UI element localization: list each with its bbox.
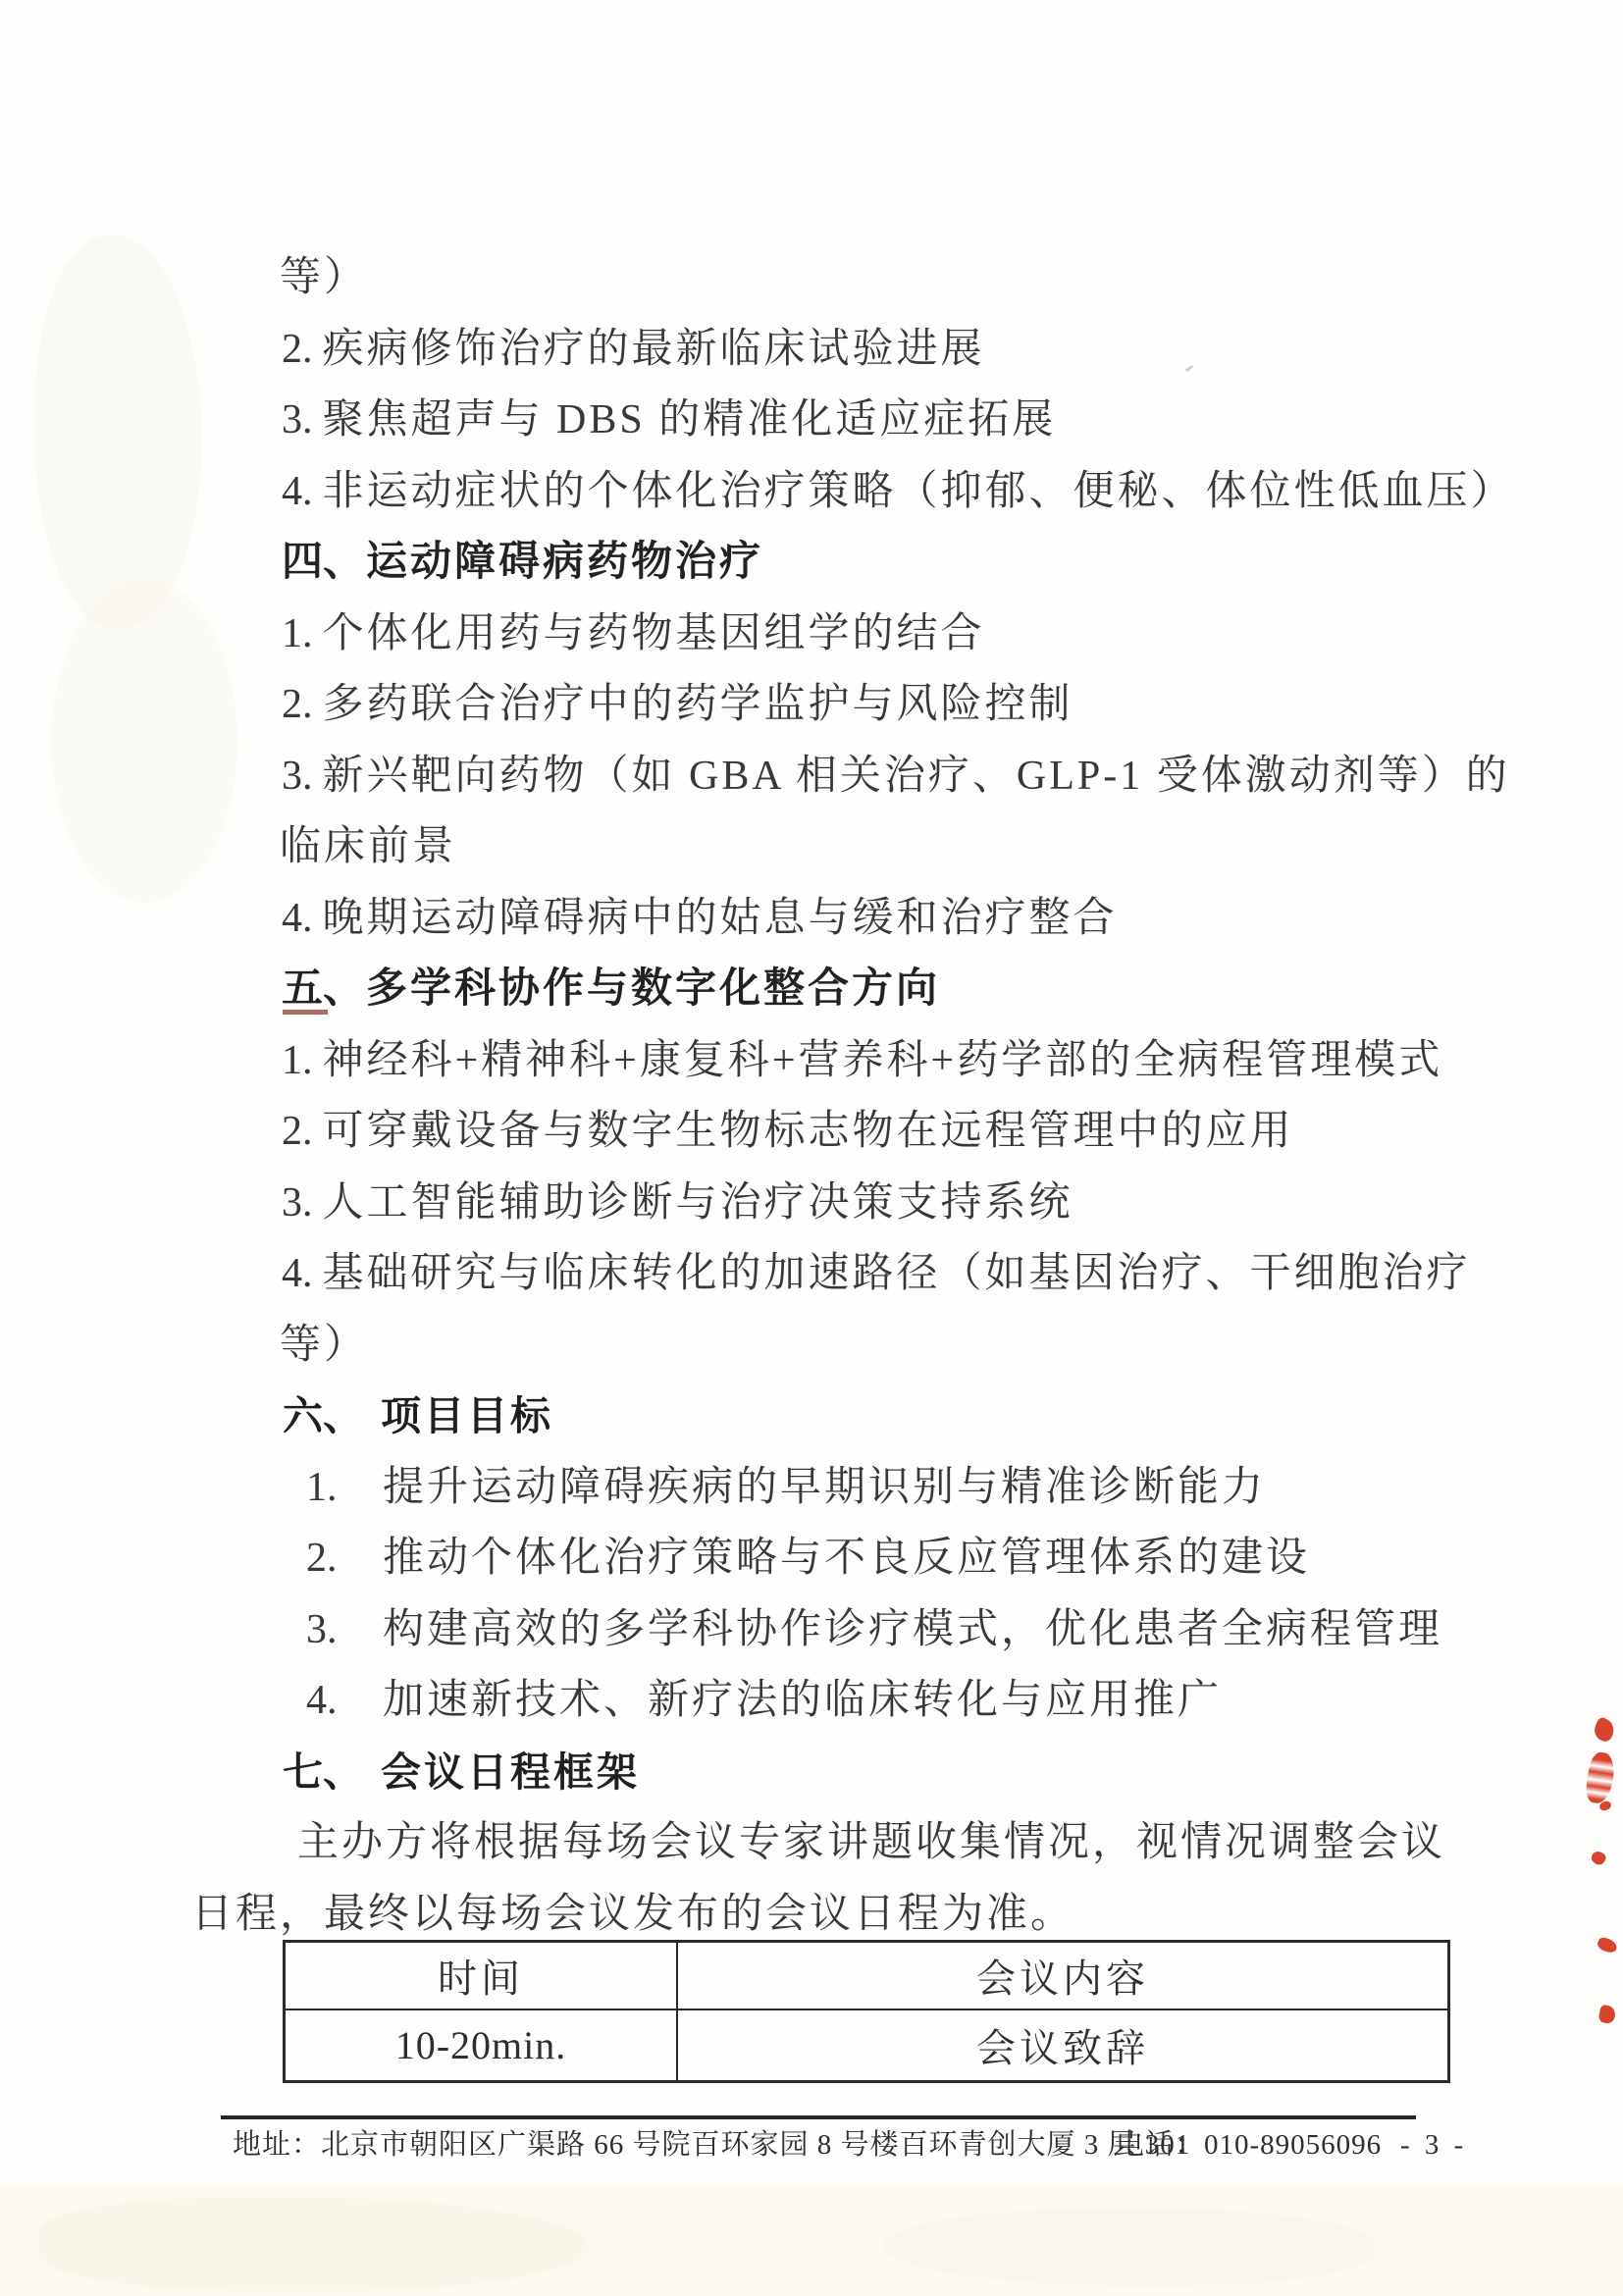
- item-number: 4.: [282, 1251, 313, 1296]
- item-number: 4.: [282, 469, 313, 514]
- list-item: 1.神经科+精神科+康复科+营养科+药学部的全病程管理模式: [282, 1039, 1442, 1082]
- red-stamp-fragment: [1598, 2005, 1617, 2025]
- item-number: 1.: [306, 1466, 383, 1509]
- scanned-document-page: 等） 2.疾病修饰治疗的最新临床试验进展 3.聚焦超声与 DBS 的精准化适应症…: [0, 0, 1623, 2296]
- red-stamp-fragment: [1590, 1849, 1608, 1867]
- footer-divider-line: [221, 2115, 1416, 2119]
- scan-scratch-mark: [1185, 365, 1193, 372]
- list-item: 4.基础研究与临床转化的加速路径（如基因治疗、干细胞治疗: [282, 1252, 1471, 1295]
- paragraph-text: 主办方将根据每场会议专家讲题收集情况，视情况调整会议: [297, 1820, 1445, 1865]
- item-text: 聚焦超声与 DBS 的精准化适应症拓展: [323, 397, 1057, 443]
- item-text: 神经科+精神科+康复科+营养科+药学部的全病程管理模式: [323, 1038, 1443, 1083]
- red-stamp-fragment: [1585, 1750, 1617, 1804]
- goal-item: 4.加速新技术、新疗法的临床转化与应用推广: [306, 1679, 1222, 1722]
- section-heading-5: 五、多学科协作与数字化整合方向: [282, 967, 940, 1011]
- list-item: 4.晚期运动障碍病中的姑息与缓和治疗整合: [282, 897, 1118, 940]
- red-stamp-fragment: [1598, 1800, 1612, 1812]
- paragraph-text: 日程，最终以每场会议发布的会议日程为准。: [191, 1892, 1074, 1937]
- list-item: 4.非运动症状的个体化治疗策略（抑郁、便秘、体位性低血压）: [282, 470, 1515, 513]
- item-number: 1.: [282, 611, 313, 656]
- scan-cream-edge: [0, 2186, 1623, 2296]
- heading-number: 五、: [282, 966, 364, 1012]
- red-stamp-fragment: [1591, 1716, 1617, 1744]
- item-text: 多药联合治疗中的药学监护与风险控制: [323, 682, 1073, 727]
- item-text: 可穿戴设备与数字生物标志物在远程管理中的应用: [323, 1109, 1294, 1154]
- heading-number: 七、: [283, 1749, 363, 1795]
- list-item: 2.多药联合治疗中的药学监护与风险控制: [282, 683, 1073, 726]
- goal-item: 1.提升运动障碍疾病的早期识别与精准诊断能力: [306, 1466, 1266, 1509]
- table-cell-time: 10-20min.: [286, 2010, 678, 2080]
- item-text: 提升运动障碍疾病的早期识别与精准诊断能力: [383, 1465, 1266, 1510]
- table-cell-content: 会议致辞: [678, 2010, 1447, 2080]
- item-text: 晚期运动障碍病中的姑息与缓和治疗整合: [323, 896, 1118, 941]
- list-item: 3.人工智能辅助诊断与治疗决策支持系统: [282, 1181, 1073, 1225]
- list-item: 3.新兴靶向药物（如 GBA 相关治疗、GLP-1 受体激动剂等）的: [282, 755, 1510, 798]
- item-text: 推动个体化治疗策略与不良反应管理体系的建设: [383, 1536, 1310, 1581]
- item-text: 个体化用药与药物基因组学的结合: [323, 611, 985, 656]
- item-number: 3.: [282, 397, 313, 443]
- item-text: 疾病修饰治疗的最新临床试验进展: [323, 327, 985, 372]
- list-item: 3.聚焦超声与 DBS 的精准化适应症拓展: [282, 398, 1056, 442]
- item-number: 2.: [282, 327, 313, 372]
- item-text: 等）: [280, 1323, 368, 1368]
- item-text: 人工智能辅助诊断与治疗决策支持系统: [323, 1180, 1073, 1226]
- footer-address: 地址：北京市朝阳区广渠路 66 号院百环家园 8 号楼百环青创大厦 3 层 30…: [233, 2129, 1190, 2161]
- item-number: 3.: [306, 1608, 383, 1651]
- list-item-continuation: 等）: [280, 256, 368, 299]
- item-number: 4.: [282, 896, 313, 941]
- footer-phone: 电话：010-89056096: [1116, 2129, 1382, 2161]
- item-number: 1.: [282, 1038, 313, 1083]
- scan-cream-blotch: [35, 235, 202, 628]
- item-text: 加速新技术、新疗法的临床转化与应用推广: [383, 1678, 1222, 1723]
- goal-item: 2.推动个体化治疗策略与不良反应管理体系的建设: [306, 1537, 1310, 1580]
- table-header-content: 会议内容: [678, 1943, 1447, 2010]
- page-number: - 3 -: [1400, 2129, 1467, 2161]
- heading-number: 六、: [283, 1393, 363, 1438]
- item-text: 新兴靶向药物（如 GBA 相关治疗、GLP-1 受体激动剂等）的: [323, 754, 1510, 799]
- item-text: 临床前景: [280, 824, 456, 869]
- section-heading-4: 四、运动障碍病药物治疗: [282, 541, 763, 584]
- agenda-table: 时间 会议内容 10-20min. 会议致辞: [283, 1940, 1450, 2083]
- red-pen-underline: [283, 1010, 328, 1015]
- item-text: 构建高效的多学科协作诊疗模式，优化患者全病程管理: [383, 1607, 1442, 1652]
- list-item-continuation: 等）: [280, 1324, 368, 1367]
- paragraph-line: 日程，最终以每场会议发布的会议日程为准。: [191, 1893, 1074, 1936]
- heading-text: 项目目标: [381, 1393, 553, 1438]
- item-number: 4.: [306, 1679, 383, 1722]
- list-item: 1.个体化用药与药物基因组学的结合: [282, 612, 985, 655]
- paragraph-line: 主办方将根据每场会议专家讲题收集情况，视情况调整会议: [297, 1821, 1445, 1864]
- item-number: 3.: [282, 1180, 313, 1226]
- section-heading-7: 七、会议日程框架: [283, 1750, 640, 1794]
- item-text: 等）: [280, 255, 368, 300]
- section-heading-6: 六、项目目标: [283, 1394, 553, 1437]
- item-number: 2.: [306, 1537, 383, 1580]
- heading-text: 运动障碍病药物治疗: [366, 540, 763, 585]
- item-number: 2.: [282, 1109, 313, 1154]
- item-number: 3.: [282, 754, 313, 799]
- heading-text: 会议日程框架: [381, 1749, 640, 1795]
- scan-cream-blotch: [883, 2208, 1374, 2286]
- goal-item: 3.构建高效的多学科协作诊疗模式，优化患者全病程管理: [306, 1608, 1442, 1651]
- list-item-continuation: 临床前景: [280, 825, 456, 868]
- table-header-time: 时间: [286, 1943, 678, 2010]
- item-text: 非运动症状的个体化治疗策略（抑郁、便秘、体位性低血压）: [323, 469, 1515, 514]
- heading-number: 四、: [282, 540, 364, 585]
- item-text: 基础研究与临床转化的加速路径（如基因治疗、干细胞治疗: [323, 1251, 1471, 1296]
- scan-cream-blotch: [39, 2198, 589, 2291]
- list-item: 2.可穿戴设备与数字生物标志物在远程管理中的应用: [282, 1110, 1294, 1153]
- heading-text: 多学科协作与数字化整合方向: [366, 966, 940, 1012]
- scan-cream-blotch: [51, 579, 237, 903]
- item-number: 2.: [282, 682, 313, 727]
- list-item: 2.疾病修饰治疗的最新临床试验进展: [282, 328, 985, 371]
- red-stamp-fragment: [1596, 1936, 1618, 1955]
